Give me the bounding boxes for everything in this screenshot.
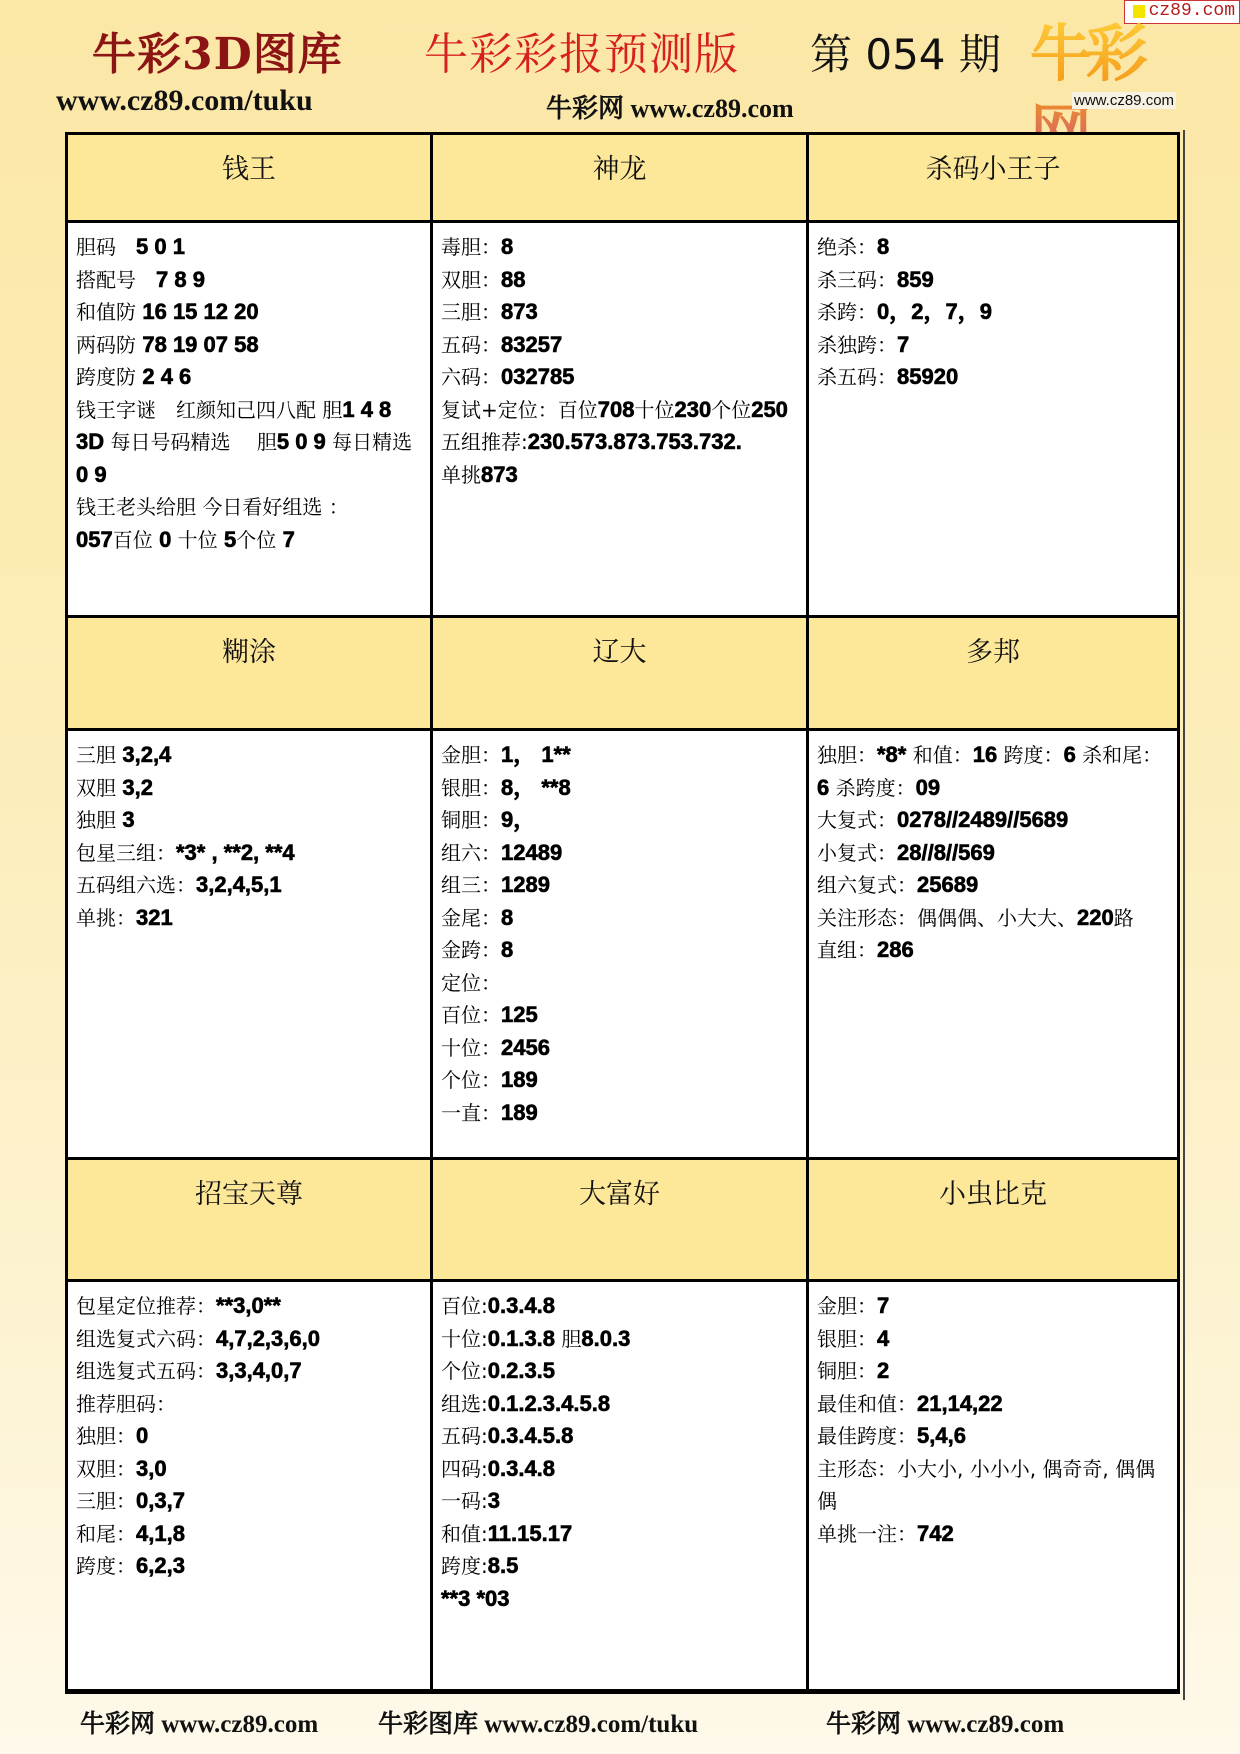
expert-name: 糊涂: [68, 630, 430, 669]
prediction-line: 钱王字谜 红颜知己四八配 胆1 4 8: [76, 394, 424, 427]
prediction-line: 四码:0.3.4.8: [441, 1453, 800, 1486]
prediction-label: 三胆: [76, 743, 122, 767]
prediction-label: 双胆：: [441, 268, 501, 292]
prediction-label: 个位: [711, 398, 751, 422]
prediction-label: 定位：: [441, 971, 501, 995]
prediction-value: 11.15.17: [488, 1521, 572, 1546]
prediction-value: 4,7,2,3,6,0: [216, 1326, 320, 1351]
prediction-value: 873: [481, 462, 518, 487]
prediction-label: 胆码: [76, 235, 136, 259]
prediction-label: 推荐胆码：: [76, 1392, 176, 1416]
prediction-value: 5 0 9: [277, 429, 326, 454]
prediction-label: 五组推荐:: [441, 430, 528, 454]
prediction-line: 铜胆：2: [817, 1355, 1171, 1388]
expert-name: 招宝天尊: [68, 1172, 430, 1211]
expert-header-cell: 钱王: [68, 135, 433, 223]
prediction-value: 0.2.3.5: [488, 1358, 555, 1383]
expert-prediction-cell: 百位:0.3.4.8十位:0.1.3.8 胆8.0.3个位:0.2.3.5组选:…: [433, 1282, 809, 1692]
prediction-line: 小复式：28//8//569: [817, 837, 1171, 870]
prediction-value: 16: [973, 742, 997, 767]
prediction-label: 杀独跨：: [817, 333, 897, 357]
prediction-line: 三胆 3,2,4: [76, 739, 424, 772]
prediction-value: 4,1,8: [136, 1521, 185, 1546]
prediction-value: 3,0: [136, 1456, 167, 1481]
prediction-line: 十位：2456: [441, 1032, 800, 1065]
prediction-label: 五码：: [441, 333, 501, 357]
prediction-label: 组六复式：: [817, 873, 917, 897]
prediction-line: 组选:0.1.2.3.4.5.8: [441, 1388, 800, 1421]
expert-header-cell: 辽大: [433, 618, 809, 731]
prediction-label: 每日号码精选 胆: [104, 430, 277, 454]
prediction-label: 小复式：: [817, 841, 897, 865]
prediction-value: 7: [283, 527, 295, 552]
prediction-value: 125: [501, 1002, 538, 1027]
prediction-line: 双胆：88: [441, 264, 800, 297]
prediction-line: 银胆：4: [817, 1323, 1171, 1356]
prediction-label: 百位: [113, 528, 159, 552]
site-logo[interactable]: 牛彩网 www.cz89.com: [1030, 14, 1190, 114]
prediction-line: **3 *03: [441, 1583, 800, 1616]
issue-number: 第 054 期: [810, 22, 1001, 82]
prediction-line: 跨度：6,2,3: [76, 1550, 424, 1583]
prediction-line: 跨度防 2 4 6: [76, 361, 424, 394]
prediction-label: 主形态：小大小, 小小小, 偶奇奇, 偶偶偶: [817, 1457, 1155, 1514]
brand-title: 牛彩3D图库: [92, 18, 343, 82]
prediction-value: 0: [136, 1423, 148, 1448]
prediction-label: 包星定位推荐：: [76, 1294, 216, 1318]
prediction-label: 五码:: [441, 1424, 488, 1448]
expert-prediction-cell: 包星定位推荐：**3,0**组选复式六码：4,7,2,3,6,0组选复式五码：3…: [68, 1282, 433, 1692]
report-url-link[interactable]: 牛彩网 www.cz89.com: [546, 88, 794, 125]
expert-prediction-cell: 金胆：7银胆：4铜胆：2最佳和值：21,14,22最佳跨度：5,4,6主形态：小…: [809, 1282, 1177, 1692]
prediction-line: 独胆：0: [76, 1420, 424, 1453]
prediction-value: 0,3,7: [136, 1488, 185, 1513]
logo-url: www.cz89.com: [1072, 92, 1176, 109]
prediction-value: 21,14,22: [917, 1391, 1003, 1416]
prediction-label: 十位: [171, 528, 224, 552]
prediction-value: 09: [916, 775, 940, 800]
prediction-line: 杀独跨：7: [817, 329, 1171, 362]
prediction-value: 8: [501, 905, 513, 930]
prediction-line: 六码：032785: [441, 361, 800, 394]
prediction-value: 5: [224, 527, 236, 552]
expert-name: 钱王: [68, 147, 430, 186]
prediction-label: 关注形态：偶偶偶、小大大、: [817, 906, 1077, 930]
prediction-value: 189: [501, 1100, 538, 1125]
prediction-line: 金跨：8: [441, 934, 800, 967]
prediction-line: 胆码 5 0 1: [76, 231, 424, 264]
prediction-label: 百位:: [441, 1294, 488, 1318]
prediction-label: 十位: [634, 398, 674, 422]
prediction-line: 和尾：4,1,8: [76, 1518, 424, 1551]
prediction-line: 关注形态：偶偶偶、小大大、220路: [817, 902, 1171, 935]
expert-header-cell: 杀码小王子: [809, 135, 1177, 223]
prediction-line: 搭配号 7 8 9: [76, 264, 424, 297]
prediction-value: 8: [501, 937, 513, 962]
prediction-line: 杀五码：85920: [817, 361, 1171, 394]
prediction-line: 十位:0.1.3.8 胆8.0.3: [441, 1323, 800, 1356]
expert-name: 多邦: [809, 630, 1177, 669]
prediction-label: 直组：: [817, 938, 877, 962]
prediction-line: 银胆：8， **8: [441, 772, 800, 805]
prediction-label: 银胆：: [817, 1327, 877, 1351]
prediction-line: 单挑：321: [76, 902, 424, 935]
prediction-line: 组六：12489: [441, 837, 800, 870]
prediction-line: 个位:0.2.3.5: [441, 1355, 800, 1388]
prediction-label: 组三：: [441, 873, 501, 897]
header-row: 钱王神龙杀码小王子: [68, 135, 1177, 223]
prediction-value: 4: [877, 1326, 889, 1351]
prediction-label: 个位:: [441, 1359, 488, 1383]
prediction-line: 毒胆：8: [441, 231, 800, 264]
prediction-line: 五码组六选：3,2,4,5,1: [76, 869, 424, 902]
prediction-label: 毒胆：: [441, 235, 501, 259]
prediction-line: 和值:11.15.17: [441, 1518, 800, 1551]
prediction-label: 独胆：: [76, 1424, 136, 1448]
prediction-value: 88: [501, 267, 525, 292]
expert-prediction-cell: 三胆 3,2,4双胆 3,2独胆 3包星三组：*3* , **2, **4五码组…: [68, 731, 433, 1160]
prediction-value: 78 19 07 58: [142, 332, 258, 357]
prediction-value: 6,2,3: [136, 1553, 185, 1578]
prediction-value: 85920: [897, 364, 958, 389]
prediction-value: 28//8//569: [897, 840, 995, 865]
prediction-value: 12489: [501, 840, 562, 865]
prediction-value: 8: [501, 234, 513, 259]
prediction-label: 双胆：: [76, 1457, 136, 1481]
expert-header-cell: 糊涂: [68, 618, 433, 731]
prediction-label: 跨度:: [441, 1554, 488, 1578]
prediction-value: 7 8 9: [156, 267, 205, 292]
prediction-value: 7: [877, 1293, 889, 1318]
prediction-line: 金胆：1， 1**: [441, 739, 800, 772]
prediction-value: 3,2: [122, 775, 153, 800]
body-row: 三胆 3,2,4双胆 3,2独胆 3包星三组：*3* , **2, **4五码组…: [68, 731, 1177, 1160]
prediction-value: 7: [897, 332, 909, 357]
prediction-value: 321: [136, 905, 173, 930]
prediction-line: 铜胆：9，: [441, 804, 800, 837]
prediction-label: 五码组六选：: [76, 873, 196, 897]
prediction-value: 0.3.4.5.8: [488, 1423, 574, 1448]
prediction-line: 推荐胆码：: [76, 1388, 424, 1421]
prediction-label: 和尾：: [76, 1522, 136, 1546]
prediction-value: 6: [817, 775, 829, 800]
prediction-line: 一直：189: [441, 1097, 800, 1130]
prediction-label: 最佳跨度：: [817, 1424, 917, 1448]
prediction-value: 3D: [76, 429, 104, 454]
body-row: 胆码 5 0 1搭配号 7 8 9和值防 16 15 12 20两码防 78 1…: [68, 223, 1177, 618]
prediction-line: 3D 每日号码精选 胆5 0 9 每日精选0 9: [76, 426, 424, 491]
prediction-label: 杀和尾：: [1076, 743, 1162, 767]
prediction-label: 单挑：: [76, 906, 136, 930]
expert-header-cell: 多邦: [809, 618, 1177, 731]
prediction-line: 单挑一注：742: [817, 1518, 1171, 1551]
prediction-label: 金胆：: [441, 743, 501, 767]
prediction-value: 3,2,4: [122, 742, 171, 767]
grid-shadow: [1183, 130, 1185, 1700]
prediction-label: 搭配号: [76, 268, 156, 292]
expert-header-cell: 招宝天尊: [68, 1160, 433, 1282]
prediction-value: 873: [501, 299, 538, 324]
prediction-label: 包星三组：: [76, 841, 176, 865]
prediction-value: 3,3,4,0,7: [216, 1358, 302, 1383]
prediction-label: 组六：: [441, 841, 501, 865]
prediction-label: 复试+定位：百位: [441, 398, 598, 422]
prediction-value: 8.0.3: [581, 1326, 630, 1351]
prediction-line: 钱王老头给胆 今日看好组选 ：: [76, 491, 424, 524]
prediction-label: 和值防: [76, 300, 142, 324]
prediction-label: 百位：: [441, 1003, 501, 1027]
prediction-line: 一码:3: [441, 1485, 800, 1518]
prediction-value: 220: [1077, 905, 1114, 930]
prediction-line: 金尾：8: [441, 902, 800, 935]
prediction-label: 大复式：: [817, 808, 897, 832]
brand-url-link[interactable]: www.cz89.com/tuku: [56, 84, 313, 118]
header-row: 糊涂辽大多邦: [68, 618, 1177, 731]
prediction-value: 25689: [917, 872, 978, 897]
prediction-value: 230: [674, 397, 711, 422]
prediction-label: 单挑一注：: [817, 1522, 917, 1546]
prediction-label: 三胆：: [441, 300, 501, 324]
prediction-label: 组选:: [441, 1392, 488, 1416]
prediction-line: 双胆 3,2: [76, 772, 424, 805]
prediction-value: 5,4,6: [917, 1423, 966, 1448]
prediction-value: 0.3.4.8: [488, 1456, 555, 1481]
prediction-value: **3 *03: [441, 1586, 510, 1611]
expert-name: 大富好: [433, 1172, 806, 1211]
prediction-label: 杀跨度：: [829, 776, 915, 800]
prediction-label: 双胆: [76, 776, 122, 800]
prediction-value: 189: [501, 1067, 538, 1092]
prediction-value: 1 4 8: [342, 397, 391, 422]
prediction-value: 5 0 1: [136, 234, 185, 259]
prediction-line: 三胆：0,3,7: [76, 1485, 424, 1518]
header-row: 招宝天尊大富好小虫比克: [68, 1160, 1177, 1282]
prediction-value: 8， **8: [501, 775, 571, 800]
prediction-label: 六码：: [441, 365, 501, 389]
prediction-value: *3* , **2, **4: [176, 840, 295, 865]
expert-header-cell: 大富好: [433, 1160, 809, 1282]
prediction-value: 0.1.3.8: [488, 1326, 555, 1351]
prediction-value: 2: [877, 1358, 889, 1383]
expert-name: 小虫比克: [809, 1172, 1177, 1211]
prediction-line: 三胆：873: [441, 296, 800, 329]
prediction-label: 跨度防: [76, 365, 142, 389]
prediction-line: 金胆：7: [817, 1290, 1171, 1323]
body-row: 包星定位推荐：**3,0**组选复式六码：4,7,2,3,6,0组选复式五码：3…: [68, 1282, 1177, 1692]
prediction-label: 钱王字谜 红颜知己四八配 胆: [76, 398, 342, 422]
prediction-value: 3,2,4,5,1: [196, 872, 282, 897]
prediction-label: 个位: [236, 528, 282, 552]
prediction-value: *8*: [877, 742, 906, 767]
prediction-line: 包星三组：*3* , **2, **4: [76, 837, 424, 870]
prediction-line: 和值防 16 15 12 20: [76, 296, 424, 329]
expert-prediction-cell: 毒胆：8双胆：88三胆：873五码：83257六码：032785复试+定位：百位…: [433, 223, 809, 618]
prediction-label: 组选复式六码：: [76, 1327, 216, 1351]
prediction-label: 十位：: [441, 1036, 501, 1060]
prediction-label: 四码:: [441, 1457, 488, 1481]
prediction-value: 708: [598, 397, 635, 422]
prediction-line: 最佳跨度：5,4,6: [817, 1420, 1171, 1453]
prediction-value: 250: [751, 397, 788, 422]
footer-link-left[interactable]: 牛彩网 www.cz89.com: [80, 1704, 318, 1740]
prediction-line: 绝杀：8: [817, 231, 1171, 264]
prediction-label: 金跨：: [441, 938, 501, 962]
prediction-value: 83257: [501, 332, 562, 357]
prediction-value: 0.3.4.8: [488, 1293, 555, 1318]
prediction-line: 双胆：3,0: [76, 1453, 424, 1486]
prediction-label: 三胆：: [76, 1489, 136, 1513]
prediction-line: 杀三码：859: [817, 264, 1171, 297]
prediction-label: 一直：: [441, 1101, 501, 1125]
prediction-line: 复试+定位：百位708十位230个位250: [441, 394, 800, 427]
prediction-value: 0，2，7，9: [877, 299, 992, 324]
footer-link-middle[interactable]: 牛彩图库 www.cz89.com/tuku: [378, 1704, 698, 1740]
prediction-line: 组选复式六码：4,7,2,3,6,0: [76, 1323, 424, 1356]
prediction-label: 个位：: [441, 1068, 501, 1092]
prediction-label: 银胆：: [441, 776, 501, 800]
prediction-label: 一码:: [441, 1489, 488, 1513]
expert-prediction-cell: 胆码 5 0 1搭配号 7 8 9和值防 16 15 12 20两码防 78 1…: [68, 223, 433, 618]
prediction-label: 十位:: [441, 1327, 488, 1351]
prediction-line: 杀跨：0，2，7，9: [817, 296, 1171, 329]
prediction-line: 主形态：小大小, 小小小, 偶奇奇, 偶偶偶: [817, 1453, 1171, 1518]
expert-prediction-cell: 金胆：1， 1**银胆：8， **8铜胆：9，组六：12489组三：1289金尾…: [433, 731, 809, 1160]
expert-prediction-cell: 独胆：*8* 和值：16 跨度：6 杀和尾：6 杀跨度：09大复式：0278//…: [809, 731, 1177, 1160]
prediction-value: 0278//2489//5689: [897, 807, 1068, 832]
prediction-line: 跨度:8.5: [441, 1550, 800, 1583]
prediction-label: 跨度：: [76, 1554, 136, 1578]
prediction-label: 跨度：: [997, 743, 1063, 767]
report-title: 牛彩彩报预测版: [424, 18, 739, 82]
prediction-label: 铜胆：: [441, 808, 501, 832]
prediction-label: 和值：: [906, 743, 972, 767]
prediction-line: 组六复式：25689: [817, 869, 1171, 902]
prediction-value: 2 4 6: [142, 364, 191, 389]
prediction-label: 每日精选: [326, 430, 412, 454]
prediction-label: 独胆: [76, 808, 122, 832]
prediction-label: 单挑: [441, 463, 481, 487]
prediction-value: 742: [917, 1521, 954, 1546]
prediction-label: 金尾：: [441, 906, 501, 930]
prediction-line: 组三：1289: [441, 869, 800, 902]
prediction-label: 和值:: [441, 1522, 488, 1546]
prediction-label: 铜胆：: [817, 1359, 877, 1383]
expert-name: 杀码小王子: [809, 147, 1177, 186]
prediction-label: 杀三码：: [817, 268, 897, 292]
prediction-line: 组选复式五码：3,3,4,0,7: [76, 1355, 424, 1388]
prediction-value: 230.573.873.753.732.: [528, 429, 742, 454]
prediction-value: 0: [159, 527, 171, 552]
prediction-line: 直组：286: [817, 934, 1171, 967]
prediction-value: 286: [877, 937, 914, 962]
prediction-label: 两码防: [76, 333, 142, 357]
prediction-line: 大复式：0278//2489//5689: [817, 804, 1171, 837]
prediction-line: 个位：189: [441, 1064, 800, 1097]
prediction-value: 859: [897, 267, 934, 292]
prediction-line: 最佳和值：21,14,22: [817, 1388, 1171, 1421]
prediction-label: 组选复式五码：: [76, 1359, 216, 1383]
prediction-line: 百位:0.3.4.8: [441, 1290, 800, 1323]
expert-name: 辽大: [433, 630, 806, 669]
prediction-label: 钱王老头给胆 今日看好组选 ：: [76, 495, 349, 519]
prediction-label: 独胆：: [817, 743, 877, 767]
prediction-label: 绝杀：: [817, 235, 877, 259]
prediction-label: 路: [1114, 906, 1134, 930]
prediction-line: 独胆：*8* 和值：16 跨度：6 杀和尾：6 杀跨度：09: [817, 739, 1171, 804]
expert-prediction-cell: 绝杀：8杀三码：859杀跨：0，2，7，9杀独跨：7杀五码：85920: [809, 223, 1177, 618]
prediction-value: 9，: [501, 807, 535, 832]
prediction-value: 8: [877, 234, 889, 259]
prediction-grid: 钱王神龙杀码小王子胆码 5 0 1搭配号 7 8 9和值防 16 15 12 2…: [65, 132, 1180, 1694]
prediction-value: 0 9: [76, 462, 107, 487]
expert-header-cell: 小虫比克: [809, 1160, 1177, 1282]
prediction-line: 独胆 3: [76, 804, 424, 837]
prediction-value: 057: [76, 527, 113, 552]
prediction-value: 0.1.2.3.4.5.8: [488, 1391, 610, 1416]
prediction-line: 五组推荐:230.573.873.753.732.: [441, 426, 800, 459]
prediction-line: 057百位 0 十位 5个位 7: [76, 524, 424, 557]
footer-link-right[interactable]: 牛彩网 www.cz89.com: [826, 1704, 1064, 1740]
prediction-value: 16 15 12 20: [142, 299, 258, 324]
prediction-line: 包星定位推荐：**3,0**: [76, 1290, 424, 1323]
prediction-value: **3,0**: [216, 1293, 281, 1318]
prediction-value: 3: [488, 1488, 500, 1513]
prediction-label: 最佳和值：: [817, 1392, 917, 1416]
prediction-value: 1， 1**: [501, 742, 571, 767]
prediction-label: 胆: [555, 1327, 581, 1351]
prediction-line: 两码防 78 19 07 58: [76, 329, 424, 362]
prediction-line: 五码：83257: [441, 329, 800, 362]
prediction-line: 百位：125: [441, 999, 800, 1032]
prediction-value: 8.5: [488, 1553, 519, 1578]
prediction-label: 杀五码：: [817, 365, 897, 389]
prediction-value: 032785: [501, 364, 574, 389]
prediction-label: 杀跨：: [817, 300, 877, 324]
prediction-label: 金胆：: [817, 1294, 877, 1318]
prediction-line: 定位：: [441, 967, 800, 1000]
prediction-line: 五码:0.3.4.5.8: [441, 1420, 800, 1453]
expert-name: 神龙: [433, 147, 806, 186]
prediction-value: 2456: [501, 1035, 550, 1060]
prediction-value: 3: [122, 807, 134, 832]
prediction-line: 单挑873: [441, 459, 800, 492]
expert-header-cell: 神龙: [433, 135, 809, 223]
prediction-value: 6: [1064, 742, 1076, 767]
prediction-value: 1289: [501, 872, 550, 897]
